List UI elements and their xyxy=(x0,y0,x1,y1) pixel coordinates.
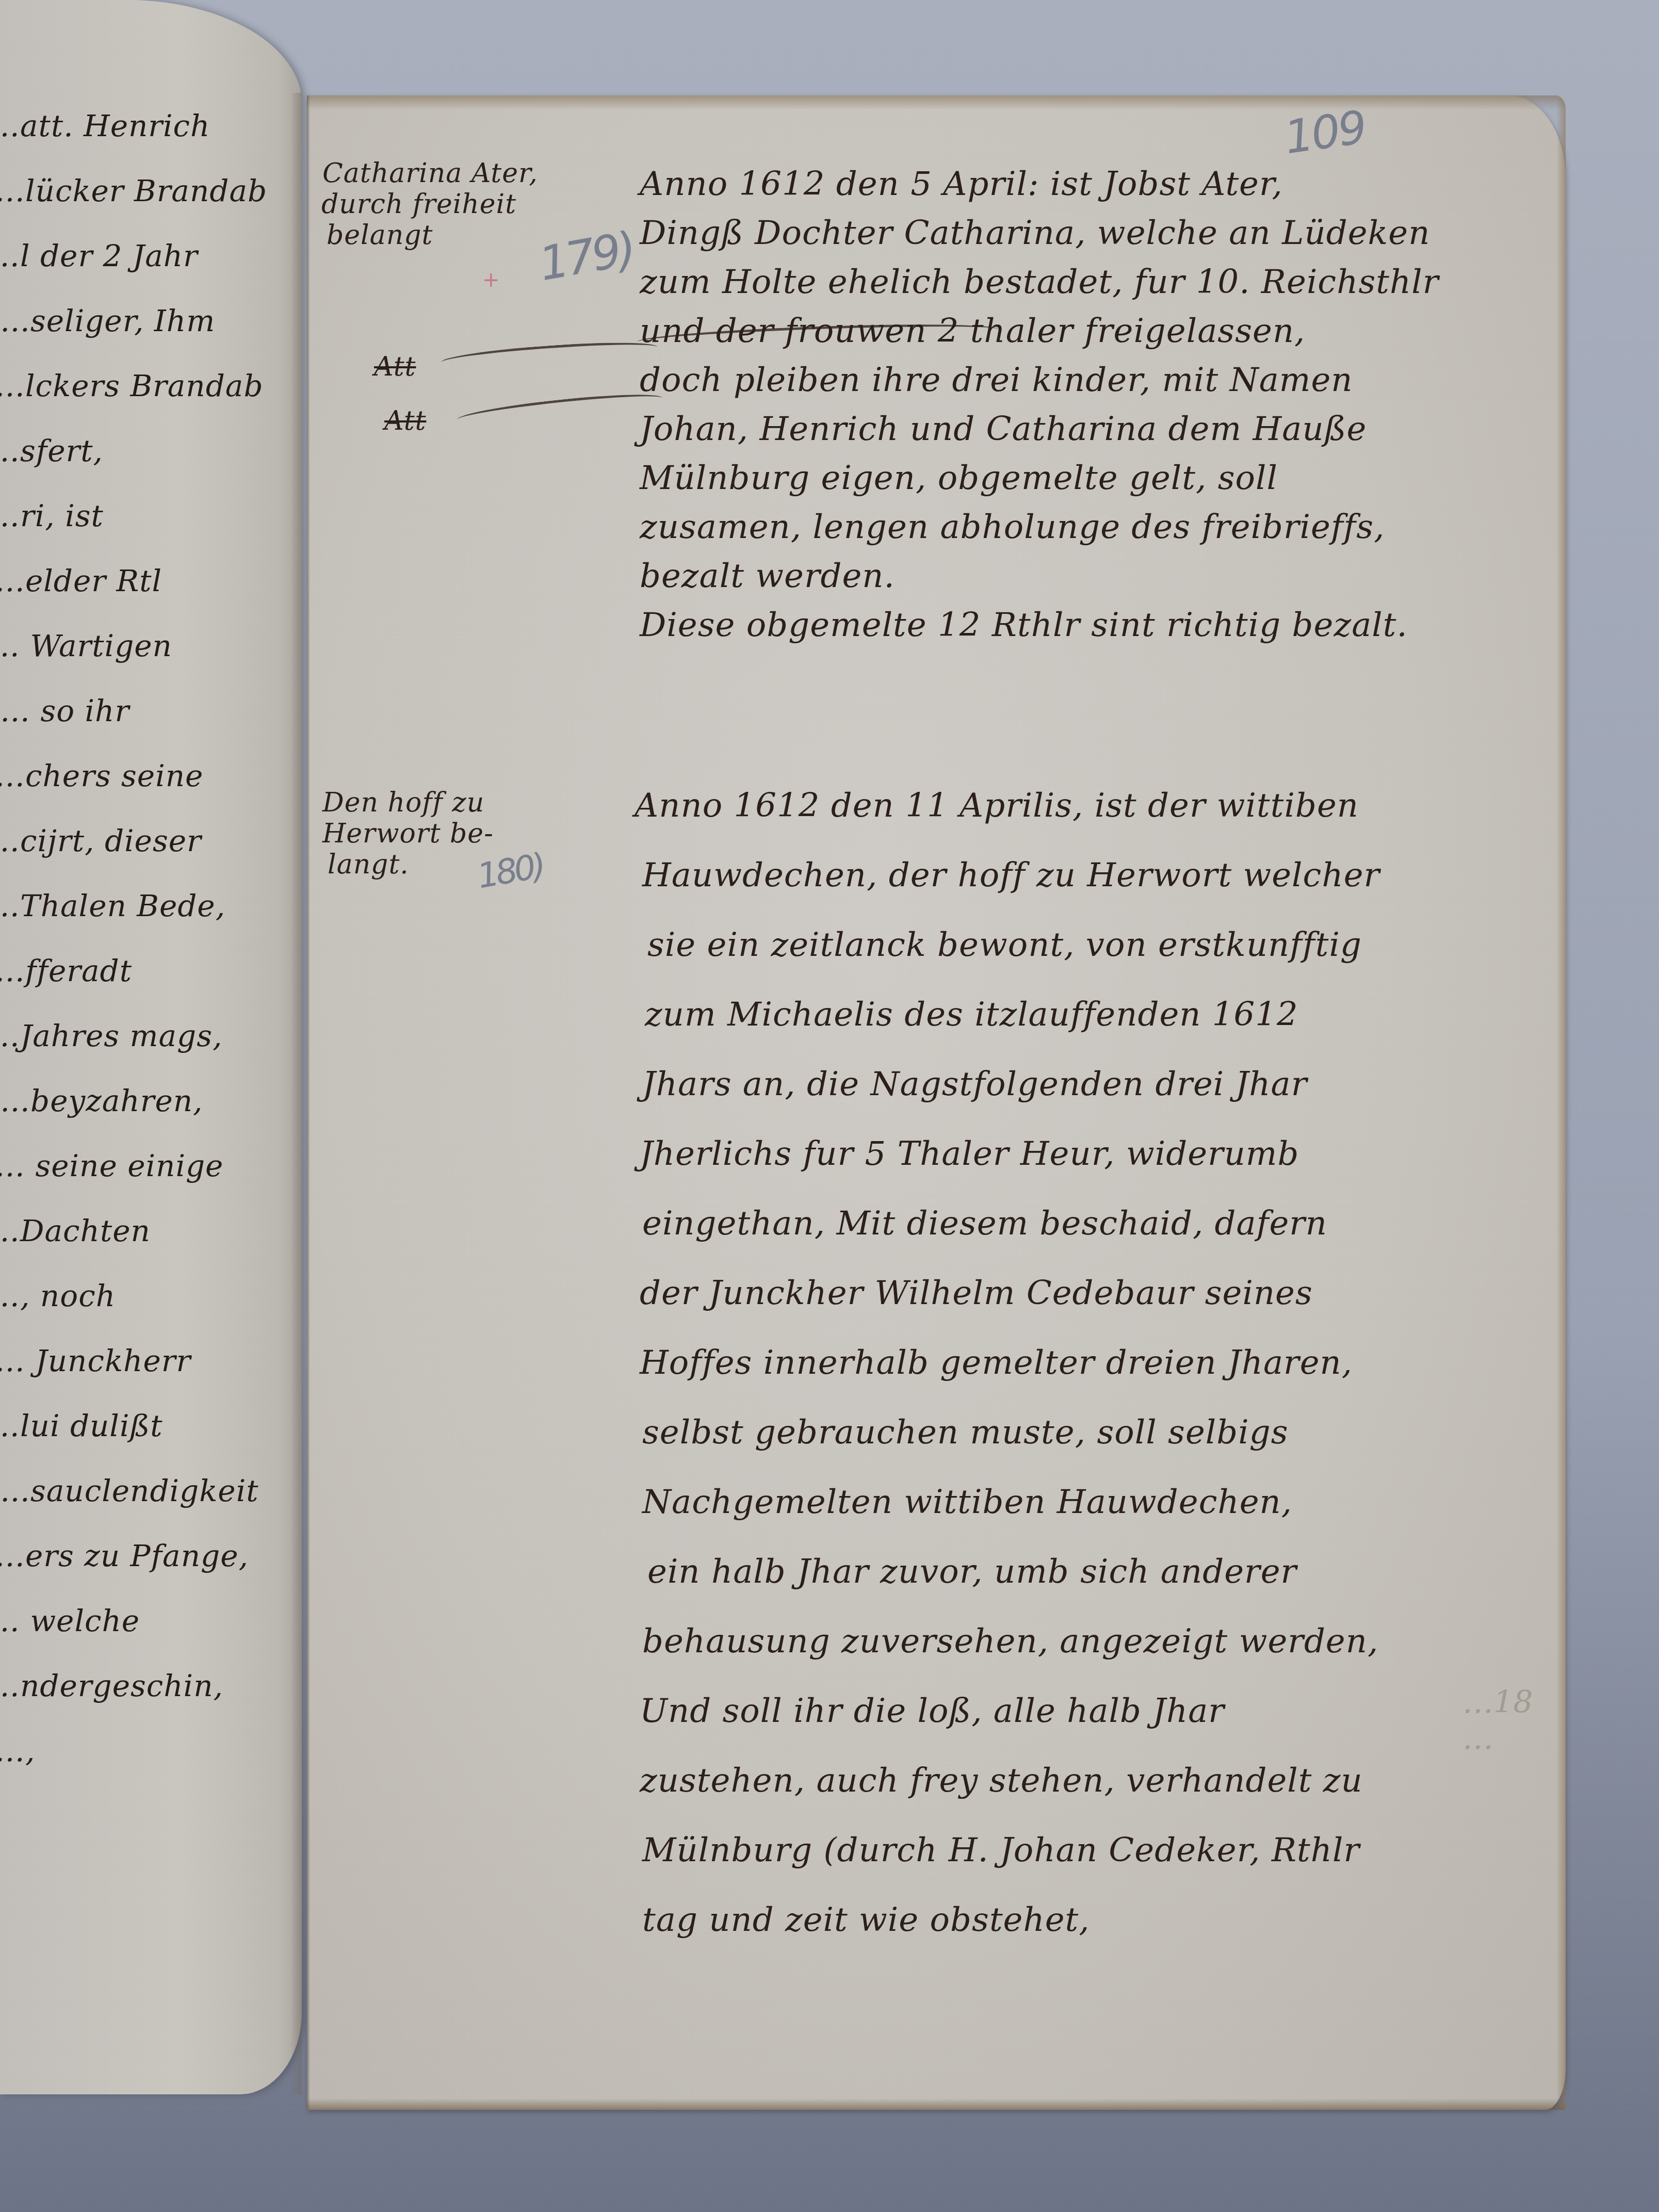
entry-2-line: Mülnburg (durch H. Johan Cedeker, Rthlr xyxy=(642,1834,1360,1867)
entry-2-line: Jherlichs fur 5 Thaler Heur, widerumb xyxy=(640,1137,1299,1170)
left-page-line: …Thalen Bede, xyxy=(0,891,225,921)
entry-1-line: Dingß Dochter Catharina, welche an Lüdek… xyxy=(640,217,1430,250)
entry-2-line: zum Michaelis des itzlauffenden 1612 xyxy=(645,998,1298,1031)
left-page-line: …att. Henrich xyxy=(0,111,210,141)
entry-2-line: selbst gebrauchen muste, soll selbigs xyxy=(642,1416,1288,1449)
red-cross-mark: + xyxy=(482,268,500,292)
margin-note-1-line-3: belangt xyxy=(327,222,433,249)
entry-2-line: behausung zuversehen, angezeigt werden, xyxy=(642,1625,1378,1658)
entry-2-line: Anno 1612 den 11 Aprilis, ist der wittib… xyxy=(635,789,1359,822)
entry-1-line: zum Holte ehelich bestadet, fur 10. Reic… xyxy=(640,266,1439,299)
entry-2-line: Jhars an, die Nagstfolgenden drei Jhar xyxy=(642,1068,1307,1101)
left-page-line: …ers zu Pfange, xyxy=(0,1541,249,1571)
connector-stroke-2 xyxy=(456,389,663,429)
entry-2-line: Nachgemelten wittiben Hauwdechen, xyxy=(642,1486,1292,1519)
entry-1-line: Johan, Henrich und Catharina dem Hauße xyxy=(640,413,1367,446)
left-page-line: … Junckherr xyxy=(0,1346,191,1376)
entry-1-line: Anno 1612 den 5 April: ist Jobst Ater, xyxy=(640,168,1283,201)
left-page-line: …ndergeschin, xyxy=(0,1671,223,1701)
left-page-line: … welche xyxy=(0,1606,140,1636)
left-page-line: … seine einige xyxy=(0,1151,223,1181)
entry-1-line: Diese obgemelte 12 Rthlr sint richtig be… xyxy=(640,609,1408,642)
left-page-line: …, xyxy=(0,1736,35,1766)
margin-note-2-line-1: Den hoff zu xyxy=(322,789,484,816)
left-page-line: …sauclendigkeit xyxy=(0,1476,259,1506)
page-bottom-edge xyxy=(307,2099,1566,2110)
archive-number-2: 180) xyxy=(474,845,546,896)
left-page-line: …sfert, xyxy=(0,436,103,466)
left-page-line: …l der 2 Jahr xyxy=(0,241,198,271)
left-page-line: …lui dulißt xyxy=(0,1411,163,1441)
entry-2-line: der Junckher Wilhelm Cedebaur seines xyxy=(640,1277,1313,1310)
entry-1-line: und der frouwen 2 thaler freigelassen, xyxy=(640,315,1305,348)
entry-2-line: Und soll ihr die loß, alle halb Jhar xyxy=(640,1695,1225,1728)
entry-2-line: ein halb Jhar zuvor, umb sich anderer xyxy=(647,1555,1297,1588)
left-page-line: …lücker Brandab xyxy=(0,176,267,206)
bleed-through-marks: …18 … xyxy=(1462,1684,1566,1756)
left-page-line: …beyzahren, xyxy=(0,1086,203,1116)
entry-2-line: Hauwdechen, der hoff zu Herwort welcher xyxy=(642,859,1380,892)
page-number: 109 xyxy=(1281,101,1369,165)
att-mark-1: Att xyxy=(374,353,416,380)
entry-2-line: zustehen, auch frey stehen, verhandelt z… xyxy=(640,1764,1363,1797)
entry-2-line: eingethan, Mit diesem beschaid, dafern xyxy=(642,1207,1327,1240)
margin-note-1-line-1: Catharina Ater, xyxy=(322,160,538,187)
margin-note-2-line-2: Herwort be- xyxy=(322,820,494,847)
left-page-line: …, noch xyxy=(0,1281,116,1311)
left-page: …att. Henrich…lücker Brandab…l der 2 Jah… xyxy=(0,0,302,2094)
margin-note-2-line-3: langt. xyxy=(328,851,409,878)
gutter-shadow xyxy=(307,95,310,2110)
left-page-line: … so ihr xyxy=(0,696,129,726)
entry-1-line: zusamen, lengen abholunge des freibrieff… xyxy=(640,511,1385,544)
left-page-line: … Wartigen xyxy=(0,631,172,661)
entry-2-line: tag und zeit wie obstehet, xyxy=(642,1904,1090,1937)
entry-2-line: sie ein zeitlanck bewont, von erstkunfft… xyxy=(647,929,1362,962)
left-page-line: …lckers Brandab xyxy=(0,371,264,401)
left-page-line: …cijrt, dieser xyxy=(0,826,202,856)
left-page-line: …Jahres mags, xyxy=(0,1021,222,1051)
archive-number-1: 179) xyxy=(535,222,637,291)
margin-note-1-line-2: durch freiheit xyxy=(321,191,516,218)
entry-2-line: Hoffes innerhalb gemelter dreien Jharen, xyxy=(640,1346,1353,1379)
right-page: 109 Catharina Ater, durch freiheit belan… xyxy=(307,95,1566,2110)
left-page-line: …Dachten xyxy=(0,1216,151,1246)
connector-stroke-1 xyxy=(441,338,658,371)
left-page-line: …chers seine xyxy=(0,761,203,791)
entry-1-line: doch pleiben ihre drei kinder, mit Namen xyxy=(640,364,1353,397)
left-page-line: …seliger, Ihm xyxy=(0,306,215,336)
left-page-line: …ri, ist xyxy=(0,501,104,531)
entry-1-line: Mülnburg eigen, obgemelte gelt, soll xyxy=(640,462,1278,495)
att-mark-2: Att xyxy=(384,408,426,434)
entry-1-line: bezalt werden. xyxy=(640,560,895,593)
left-page-line: …elder Rtl xyxy=(0,566,162,596)
left-page-line: …fferadt xyxy=(0,956,132,986)
